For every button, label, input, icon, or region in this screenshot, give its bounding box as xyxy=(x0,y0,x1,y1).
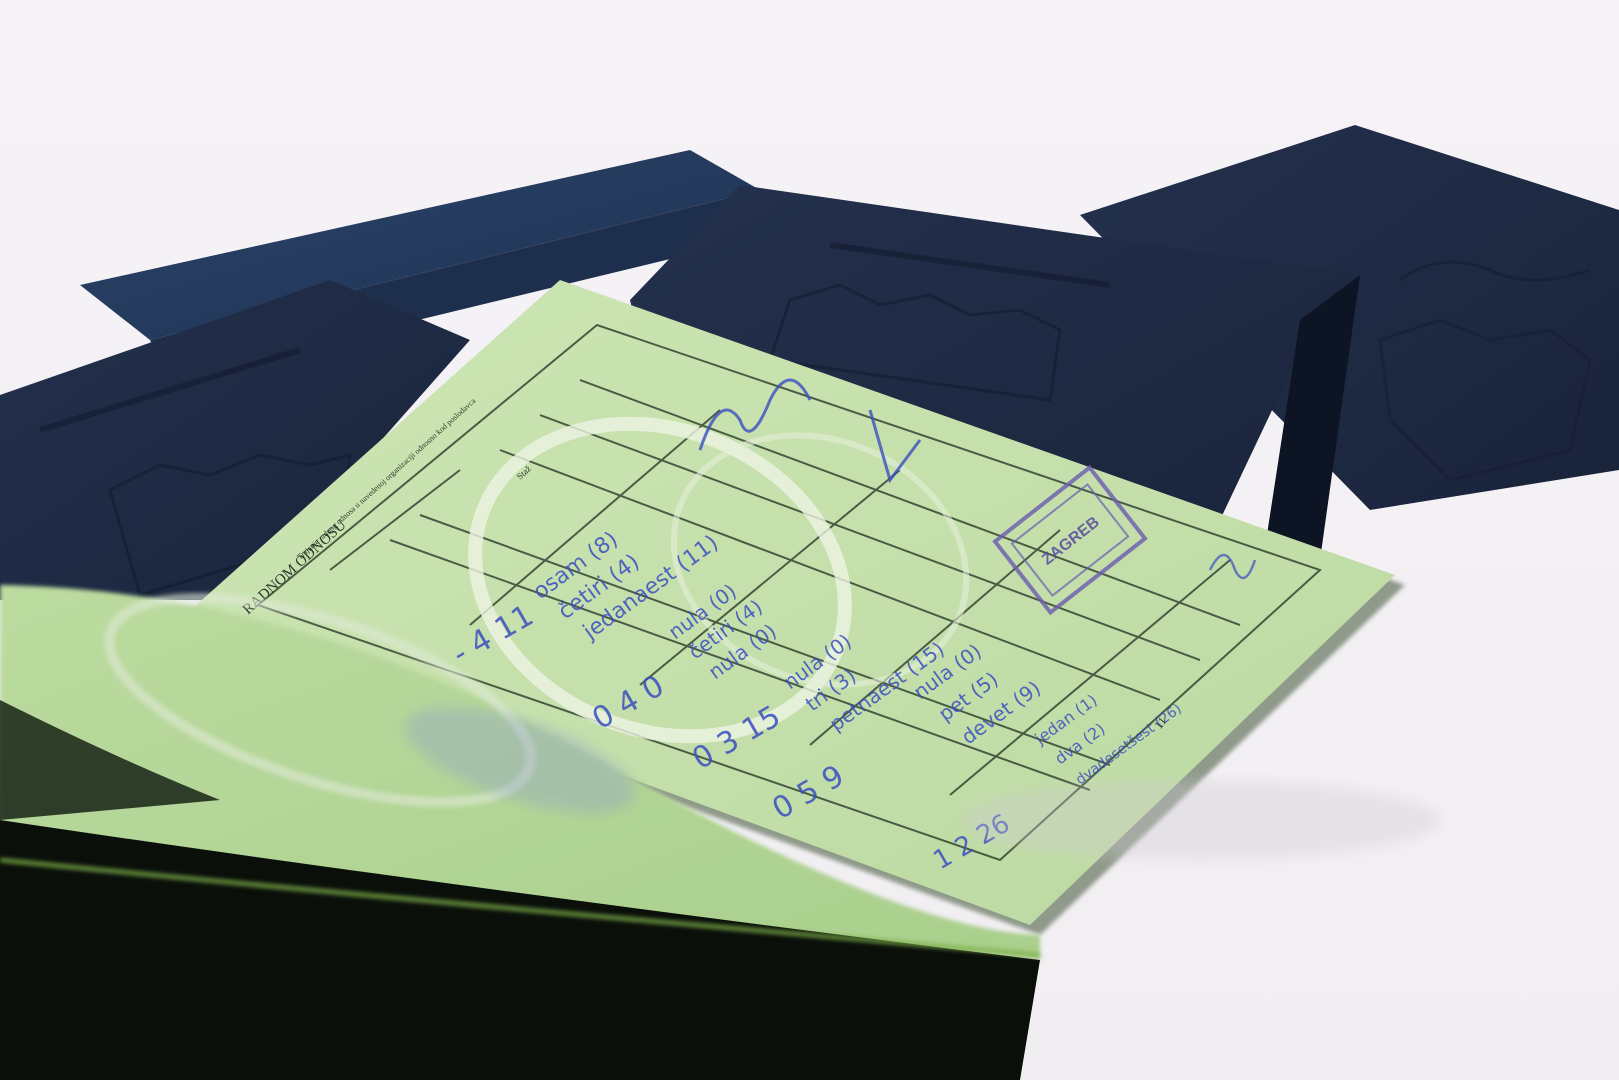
photo-scene: RADNOM ODNOSU Trajanje radnog odnosa u n… xyxy=(0,0,1619,1080)
shadow xyxy=(960,780,1440,860)
